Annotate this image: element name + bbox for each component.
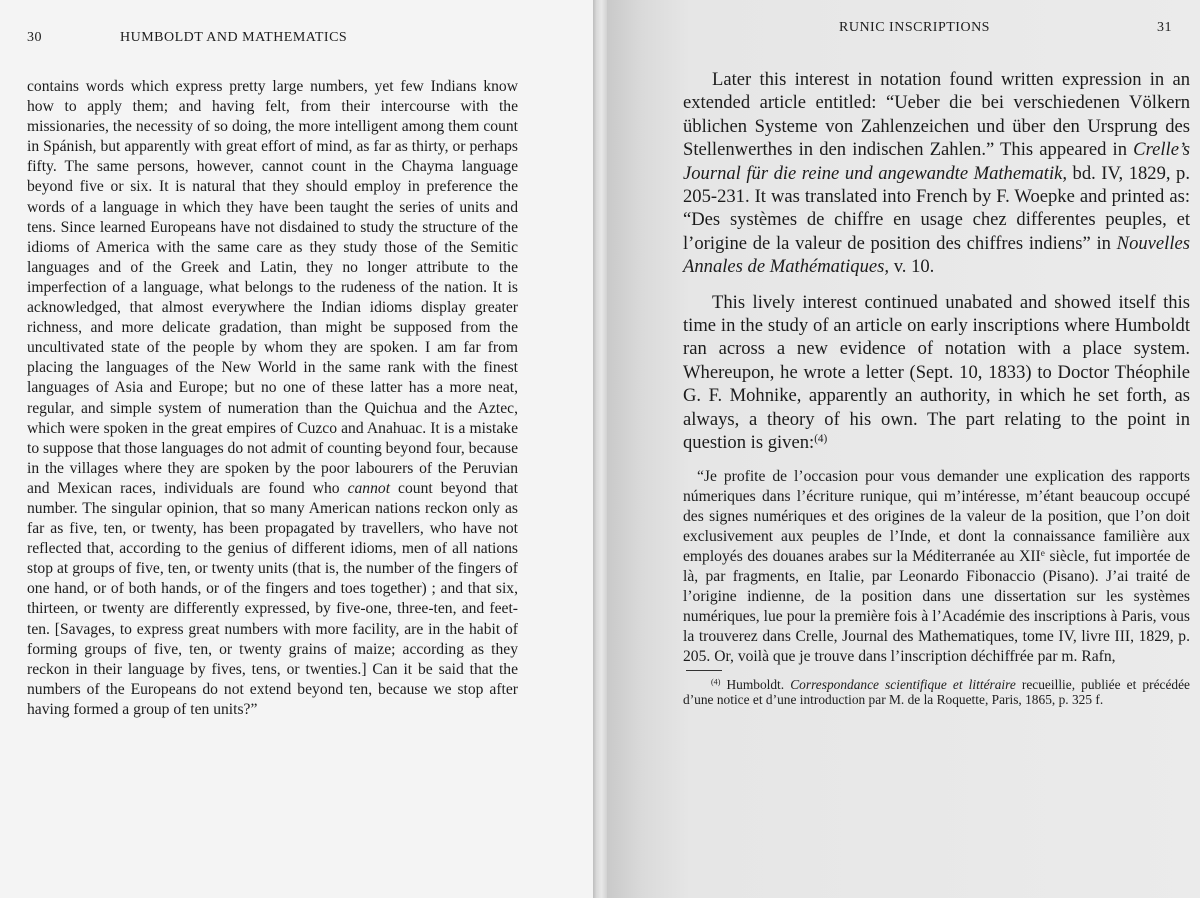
- left-body-text: contains words which express pretty larg…: [27, 77, 518, 720]
- emphasis-cannot: cannot: [348, 480, 390, 497]
- right-body-text: Later this interest in notation found wr…: [683, 68, 1190, 707]
- footnote-divider: [686, 670, 722, 671]
- right-page: RUNIC INSCRIPTIONS 31 Later this interes…: [607, 0, 1200, 898]
- book-spread: 30 HUMBOLDT AND MATHEMATICS contains wor…: [0, 0, 1200, 898]
- page-number-right: 31: [1157, 20, 1172, 36]
- left-page: 30 HUMBOLDT AND MATHEMATICS contains wor…: [0, 0, 593, 898]
- footnote-4: (4) Humboldt. Correspondance scientifiqu…: [683, 677, 1190, 707]
- page-number-left: 30: [27, 30, 42, 46]
- left-paragraph: contains words which express pretty larg…: [27, 77, 518, 720]
- footnote-ref-4[interactable]: (4): [814, 433, 827, 445]
- paragraph-notation-article: Later this interest in notation found wr…: [683, 68, 1190, 279]
- paragraph-mohnike-letter: This lively interest continued unabated …: [683, 291, 1190, 455]
- french-quotation: “Je profite de l’occasion pour vous dema…: [683, 467, 1190, 668]
- running-head-left: HUMBOLDT AND MATHEMATICS: [120, 30, 347, 46]
- book-gutter: [593, 0, 607, 898]
- running-head-right: RUNIC INSCRIPTIONS: [839, 20, 990, 36]
